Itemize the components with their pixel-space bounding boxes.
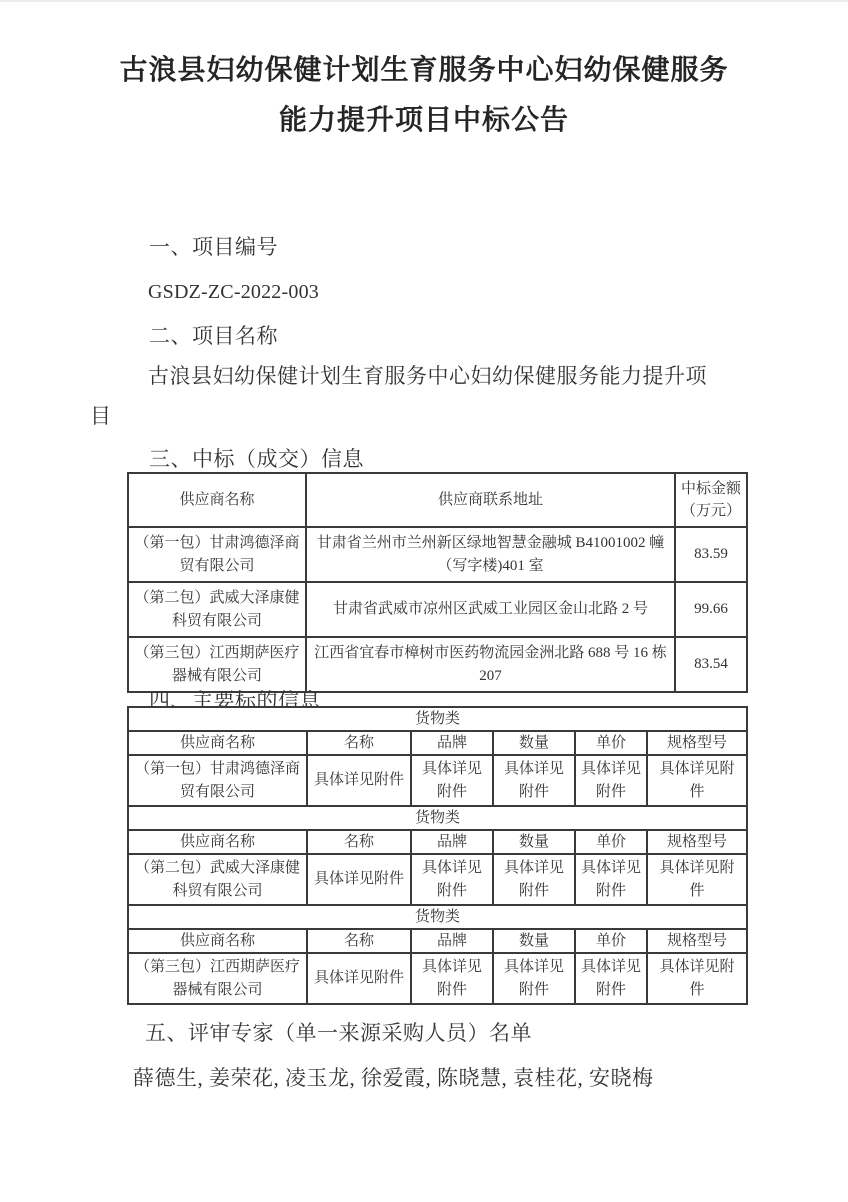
supplier-address: 江西省宜春市樟树市医药物流园金洲北路 688 号 16 栋 207	[306, 637, 675, 692]
category-label: 货物类	[128, 806, 747, 830]
award-header-address: 供应商联系地址	[306, 473, 675, 527]
subject-header-spec: 规格型号	[647, 929, 747, 953]
detail-cell: 具体详见附件	[493, 953, 575, 1004]
subject-header-quantity: 数量	[493, 929, 575, 953]
document-title-line1: 古浪县妇幼保健计划生育服务中心妇幼保健服务	[0, 46, 848, 96]
subject-header-unit-price: 单价	[575, 731, 647, 755]
supplier-address: 甘肃省兰州市兰州新区绿地智慧金融城 B41001002 幢（写字楼)401 室	[306, 527, 675, 582]
supplier-name: （第二包）武威大泽康健科贸有限公司	[128, 854, 307, 905]
category-row: 货物类	[128, 806, 747, 830]
detail-cell: 具体详见附件	[575, 755, 647, 806]
table-row: （第一包）甘肃鸿德泽商贸有限公司 具体详见附件 具体详见附件 具体详见附件 具体…	[128, 755, 747, 806]
category-label: 货物类	[128, 707, 747, 731]
detail-cell: 具体详见附件	[411, 953, 493, 1004]
subject-header-unit-price: 单价	[575, 929, 647, 953]
section-2-heading: 二、项目名称	[149, 320, 278, 350]
detail-cell: 具体详见附件	[307, 854, 411, 905]
subject-header-name: 名称	[307, 731, 411, 755]
subject-header-spec: 规格型号	[647, 830, 747, 854]
project-number: GSDZ-ZC-2022-003	[148, 281, 319, 304]
detail-cell: 具体详见附件	[411, 854, 493, 905]
award-table-header-row: 供应商名称 供应商联系地址 中标金额（万元）	[128, 473, 747, 527]
detail-cell: 具体详见附件	[493, 854, 575, 905]
subject-header-brand: 品牌	[411, 830, 493, 854]
category-label: 货物类	[128, 905, 747, 929]
detail-cell: 具体详见附件	[647, 953, 747, 1004]
detail-cell: 具体详见附件	[575, 854, 647, 905]
supplier-name: （第一包）甘肃鸿德泽商贸有限公司	[128, 527, 306, 582]
subject-header-supplier: 供应商名称	[128, 830, 307, 854]
supplier-name: （第一包）甘肃鸿德泽商贸有限公司	[128, 755, 307, 806]
subject-header-supplier: 供应商名称	[128, 731, 307, 755]
subject-header-supplier: 供应商名称	[128, 929, 307, 953]
document-page: 古浪县妇幼保健计划生育服务中心妇幼保健服务 能力提升项目中标公告 一、项目编号 …	[0, 0, 848, 1202]
detail-cell: 具体详见附件	[307, 953, 411, 1004]
subject-header-quantity: 数量	[493, 830, 575, 854]
section-1-heading: 一、项目编号	[149, 231, 278, 261]
subject-header-brand: 品牌	[411, 929, 493, 953]
award-amount: 83.54	[675, 637, 747, 692]
award-amount: 99.66	[675, 582, 747, 637]
award-header-amount: 中标金额（万元）	[675, 473, 747, 527]
project-name-line2: 目	[90, 400, 112, 430]
supplier-name: （第三包）江西期萨医疗器械有限公司	[128, 953, 307, 1004]
category-row: 货物类	[128, 707, 747, 731]
document-title: 古浪县妇幼保健计划生育服务中心妇幼保健服务 能力提升项目中标公告	[0, 46, 848, 146]
detail-cell: 具体详见附件	[411, 755, 493, 806]
subject-header-quantity: 数量	[493, 731, 575, 755]
category-row: 货物类	[128, 905, 747, 929]
table-row: （第二包）武威大泽康健科贸有限公司 具体详见附件 具体详见附件 具体详见附件 具…	[128, 854, 747, 905]
subject-header-brand: 品牌	[411, 731, 493, 755]
table-row: （第三包）江西期萨医疗器械有限公司 具体详见附件 具体详见附件 具体详见附件 具…	[128, 953, 747, 1004]
detail-cell: 具体详见附件	[575, 953, 647, 1004]
subject-table-header-row: 供应商名称 名称 品牌 数量 单价 规格型号	[128, 830, 747, 854]
project-name-line1: 古浪县妇幼保健计划生育服务中心妇幼保健服务能力提升项	[148, 360, 707, 390]
supplier-name: （第二包）武威大泽康健科贸有限公司	[128, 582, 306, 637]
table-row: （第二包）武威大泽康健科贸有限公司 甘肃省武威市凉州区武威工业园区金山北路 2 …	[128, 582, 747, 637]
supplier-address: 甘肃省武威市凉州区武威工业园区金山北路 2 号	[306, 582, 675, 637]
subject-header-spec: 规格型号	[647, 731, 747, 755]
supplier-name: （第三包）江西期萨医疗器械有限公司	[128, 637, 306, 692]
detail-cell: 具体详见附件	[307, 755, 411, 806]
section-3-heading: 三、中标（成交）信息	[149, 443, 364, 473]
table-row: （第一包）甘肃鸿德泽商贸有限公司 甘肃省兰州市兰州新区绿地智慧金融城 B4100…	[128, 527, 747, 582]
document-title-line2: 能力提升项目中标公告	[0, 96, 848, 146]
table-row: （第三包）江西期萨医疗器械有限公司 江西省宜春市樟树市医药物流园金洲北路 688…	[128, 637, 747, 692]
subject-header-unit-price: 单价	[575, 830, 647, 854]
subject-header-name: 名称	[307, 929, 411, 953]
subject-table: 货物类 供应商名称 名称 品牌 数量 单价 规格型号 （第一包）甘肃鸿德泽商贸有…	[127, 706, 748, 1005]
detail-cell: 具体详见附件	[647, 854, 747, 905]
award-amount: 83.59	[675, 527, 747, 582]
subject-table-header-row: 供应商名称 名称 品牌 数量 单价 规格型号	[128, 929, 747, 953]
section-5-heading: 五、评审专家（单一来源采购人员）名单	[145, 1017, 532, 1047]
award-header-supplier: 供应商名称	[128, 473, 306, 527]
award-table: 供应商名称 供应商联系地址 中标金额（万元） （第一包）甘肃鸿德泽商贸有限公司 …	[127, 472, 748, 693]
detail-cell: 具体详见附件	[647, 755, 747, 806]
detail-cell: 具体详见附件	[493, 755, 575, 806]
subject-header-name: 名称	[307, 830, 411, 854]
subject-table-header-row: 供应商名称 名称 品牌 数量 单价 规格型号	[128, 731, 747, 755]
expert-names: 薛德生, 姜荣花, 凌玉龙, 徐爱霞, 陈晓慧, 袁桂花, 安晓梅	[133, 1062, 654, 1092]
